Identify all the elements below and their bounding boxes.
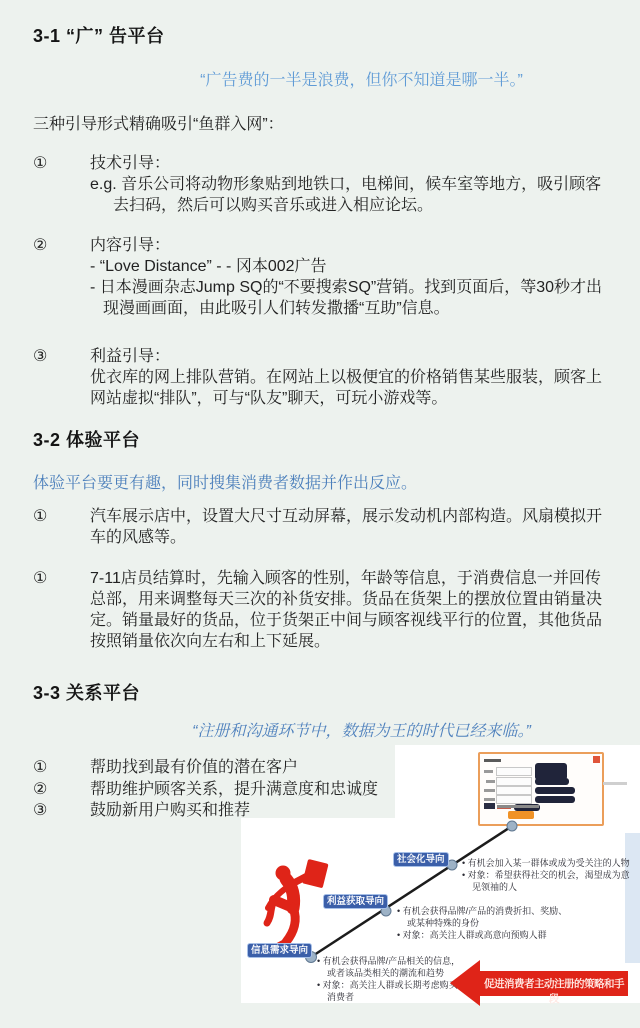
list-item: ① 技术引导： e.g. 音乐公司将动物形象贴到地铁口，电梯间，候车室等地方，吸…: [33, 153, 610, 216]
jumping-person-icon: [250, 858, 332, 953]
strategy-arrow: 促进消费者主动注册的策略和手段: [450, 958, 628, 1008]
relationship-quote: “注册和沟通环节中，数据为王的时代已经来临。”: [33, 718, 610, 741]
section-title: 3-2 体验平台: [33, 426, 610, 452]
stage-bullet: • 对象：高关注人群或长期考虑购买的消费者: [317, 979, 467, 1003]
item-body: 优衣库的网上排队营销。在网站上以极便宜的价格销售某些服装，顾客上网站虚拟“排队”…: [90, 367, 604, 409]
registration-strategy-diagram-image: 社会化导向 利益获取导向 信息需求导向 • 有机会加入某一群体或成为受关注的人物…: [237, 745, 640, 1008]
item-title: 利益引导：: [90, 346, 604, 367]
section-experience-platform: 3-2 体验平台 体验平台要更有趣，同时搜集消费者数据并作出反应。 ① 汽车展示…: [33, 426, 610, 652]
stage-label-benefit: 利益获取导向: [323, 894, 388, 909]
item-number: ①: [33, 568, 90, 652]
item-number: ②: [33, 779, 90, 801]
list-item: ① 汽车展示店中，设置大尺寸互动屏幕，展示发动机内部构造。风扇模拟开车的风感等。: [33, 506, 610, 548]
item-number: ③: [33, 800, 90, 822]
arrow-label: 促进消费者主动注册的策略和手段: [480, 976, 628, 1006]
stage-bullet: • 对象：高关注人群或高意向预购人群: [397, 929, 575, 941]
document-page: 3-1 “广” 告平台 “广告费的一半是浪费，但你不知道是哪一半。” 三种引导形…: [0, 0, 640, 1028]
ad-quote: “广告费的一半是浪费，但你不知道是哪一半。”: [33, 67, 610, 90]
briefcase-icon: [302, 859, 328, 888]
stage-bullet: • 对象：希望获得社交的机会，渴望成为意见领袖的人: [462, 869, 634, 893]
stage-bullet: • 有机会获得品牌/产品的消费折扣、奖励、或某种特殊的身份: [397, 905, 575, 929]
list-item: ① 7-11店员结算时，先输入顾客的性别，年龄等信息，于消费信息一并回传总部，用…: [33, 568, 610, 652]
item-number: ②: [33, 235, 90, 319]
item-body: e.g. 音乐公司将动物形象贴到地铁口，电梯间，候车室等地方，吸引顾客去扫码，然…: [90, 174, 604, 216]
stage-notes-info: • 有机会获得品牌/产品相关的信息，或者该品类相关的潮流和趋势 • 对象：高关注…: [317, 955, 467, 1003]
stage-bullet: • 有机会加入某一群体或成为受关注的人物: [462, 857, 634, 869]
item-bullet: - “Love Distance” - - 冈本002广告: [90, 256, 604, 277]
section-title: 3-1 “广” 告平台: [33, 22, 610, 48]
section-ad-platform: 3-1 “广” 告平台 “广告费的一半是浪费，但你不知道是哪一半。” 三种引导形…: [33, 22, 610, 409]
stage-notes-social: • 有机会加入某一群体或成为受关注的人物 • 对象：希望获得社交的机会，渴望成为…: [462, 857, 634, 893]
stage-label-social: 社会化导向: [393, 852, 449, 867]
stage-bullet: • 有机会获得品牌/产品相关的信息，或者该品类相关的潮流和趋势: [317, 955, 467, 979]
list-item: ③ 利益引导： 优衣库的网上排队营销。在网站上以极便宜的价格销售某些服装，顾客上…: [33, 346, 610, 409]
stage-label-info: 信息需求导向: [247, 943, 312, 958]
item-bullet: - 日本漫画杂志Jump SQ的“不要搜索SQ”营销。找到页面后，等30秒才出现…: [90, 277, 604, 319]
item-number: ①: [33, 153, 90, 216]
item-number: ①: [33, 506, 90, 548]
item-number: ③: [33, 346, 90, 409]
stage-notes-benefit: • 有机会获得品牌/产品的消费折扣、奖励、或某种特殊的身份 • 对象：高关注人群…: [397, 905, 575, 941]
item-body: 7-11店员结算时，先输入顾客的性别，年龄等信息，于消费信息一并回传总部，用来调…: [90, 568, 610, 652]
item-title: 技术引导：: [90, 153, 604, 174]
item-number: ①: [33, 757, 90, 779]
section-lead: 三种引导形式精确吸引“鱼群入网”：: [33, 111, 610, 134]
section-title: 3-3 关系平台: [33, 679, 610, 705]
item-title: 内容引导：: [90, 235, 604, 256]
item-body: 汽车展示店中，设置大尺寸互动屏幕，展示发动机内部构造。风扇模拟开车的风感等。: [90, 506, 610, 548]
section-lead-colored: 体验平台要更有趣，同时搜集消费者数据并作出反应。: [33, 470, 610, 493]
list-item: ② 内容引导： - “Love Distance” - - 冈本002广告 - …: [33, 235, 610, 319]
